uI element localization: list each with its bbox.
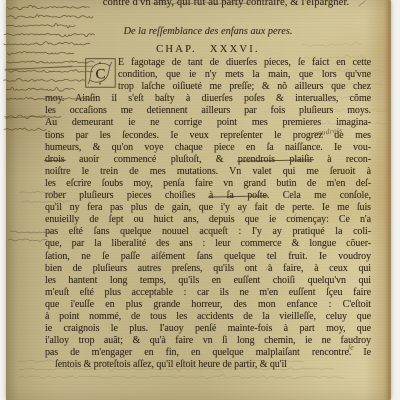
ornamental-initial-icon: C	[85, 58, 116, 88]
page-deckle-edge	[384, 0, 391, 400]
body-line: i'alloy trop auãt; & qu'à faire vn ſi lo…	[45, 335, 371, 347]
body-line: que i'euſſe en plus grande horreur, des …	[45, 299, 371, 311]
chapter-title: De la reſſemblance des enfans aux peres.	[45, 26, 371, 37]
body-line: enuieilly de ſept ou huict ans, depuis q…	[45, 214, 371, 226]
body-line: E fagotage de tant de diuerſes pieces, ſ…	[118, 57, 371, 69]
body-line: moy. Ainſin il s'eſt baſty à diuerſes po…	[45, 93, 371, 105]
chapter-label: CHAP.	[156, 44, 197, 55]
chapter-heading: CHAP. XXXVI.	[45, 44, 371, 55]
body-line: trop laſche oiſiueté me preſſe; & nõ ail…	[118, 81, 371, 93]
body-line: bien de pluſieurs autres preſens, qu'ils…	[45, 263, 371, 275]
body-line: pas de m'engager en fin, en quelque malp…	[45, 347, 371, 359]
body-line: les eſcrire ſoubs moy, penſa faire vn gr…	[45, 178, 371, 190]
body-line: qu'il ny fera pas plus de gain, que i'y …	[45, 202, 371, 214]
body-line: humeurs, & qu'on voye chaque piece en ſa…	[45, 142, 371, 154]
body-line: que, par la liberalité des ans : leur co…	[45, 238, 371, 250]
body-line: drois auoir commencé pluſtoſt, & prendro…	[45, 154, 371, 166]
chapter-number: XXXVI.	[210, 44, 260, 55]
handwritten-inline-mark: ⁄	[267, 263, 268, 272]
handwritten-inline-mark: ſe	[348, 343, 354, 352]
body-line: m'euſt eſté plus acceptable : car ils ne…	[45, 287, 371, 299]
body-line: rober pluſieurs pieces choiſies à ſa poſ…	[45, 190, 371, 202]
scanned-book-page-photo: contre d'vn amy, qui fut au party contra…	[0, 0, 400, 400]
struck-text: drois	[45, 154, 65, 165]
body-line: les hantent long temps, qu'ils en euſſen…	[45, 275, 371, 287]
body-line: les occaſions me detiennent ailleurs par…	[45, 105, 371, 117]
body-line: ſation, ne ſe paſſe aiſément ſans quelqu…	[45, 251, 371, 263]
struck-text: à ſa poſte	[209, 190, 267, 201]
body-line: noiſtre le trein de mes mutations. Vn va…	[45, 166, 371, 178]
body-line: ſentois & proteſtois aſſez, qu'il eſtoit…	[55, 359, 345, 371]
handwritten-inline-mark: ⁄	[294, 212, 295, 221]
body-line: ie craignois le plus. I'auoy penſé maint…	[45, 323, 371, 335]
handwritten-inline-mark: ⁄	[160, 239, 161, 248]
body-text-block: C E fagotage de tant de diuerſes pieces,…	[45, 57, 371, 371]
struck-text: prendrois plaiſir	[238, 154, 313, 165]
body-line: condition, que ie n'y mets la main, que …	[118, 69, 371, 81]
drop-cap-letter: C	[96, 67, 106, 83]
body-line: à point nommé, de tous les accidents de …	[45, 311, 371, 323]
body-line: pas eſté ſans quelque nouuel acqueſt : I…	[45, 226, 371, 238]
running-text-cropped: contre d'vn amy, qui fut au party contra…	[78, 0, 374, 8]
